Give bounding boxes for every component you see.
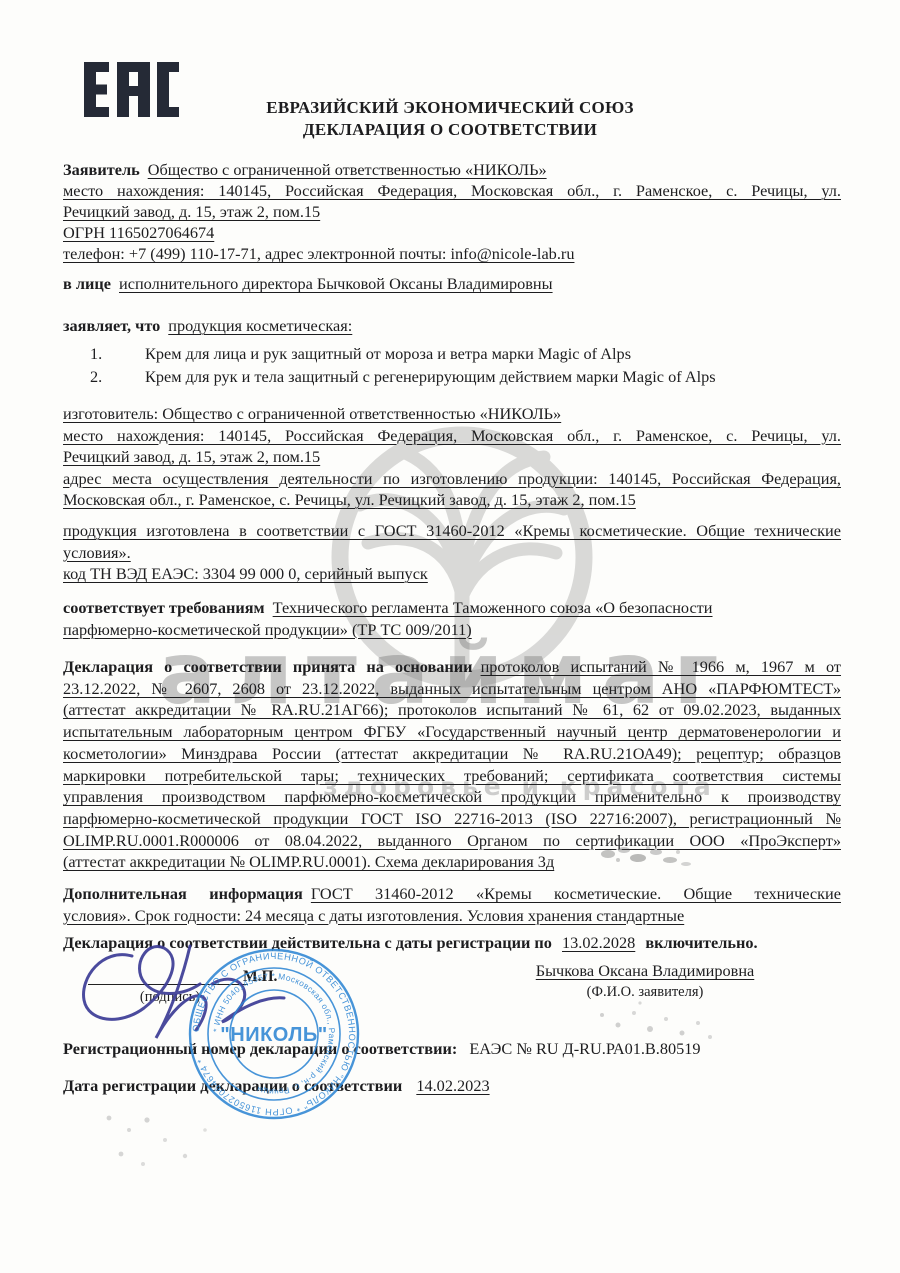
- applicant-address-line1: место нахождения: 140145, Российская Фед…: [63, 180, 841, 201]
- basis-line: косметологии» Минздрава России (аттестат…: [63, 743, 841, 765]
- ink-speckles: [590, 995, 730, 1045]
- standard-line2: условия».: [63, 542, 841, 564]
- registration-date-value: 14.02.2023: [416, 1076, 489, 1095]
- title-line-2: ДЕКЛАРАЦИЯ О СООТВЕТСТВИИ: [0, 119, 900, 141]
- applicant-contacts: телефон: +7 (499) 110-17-71, адрес элект…: [63, 243, 841, 264]
- manufacturer-line4: адрес места осуществления деятельности п…: [63, 468, 841, 490]
- representative-value: исполнительного директора Бычковой Оксан…: [119, 274, 553, 293]
- applicant-address-line2: Речицкий завод, д. 15, этаж 2, пом.15: [63, 201, 841, 222]
- compliance-text1: Технического регламента Таможенного союз…: [273, 598, 713, 617]
- additional-info-label: Дополнительная информация: [63, 884, 303, 903]
- product-text: Крем для лица и рук защитный от мороза и…: [145, 344, 631, 363]
- product-number: 2.: [90, 365, 145, 388]
- applicant-ogrn: ОГРН 1165027064674: [63, 222, 841, 243]
- production-standard-section: продукция изготовлена в соответствии с Г…: [63, 520, 841, 585]
- applicant-section: ЗаявительОбщество с ограниченной ответст…: [63, 159, 841, 264]
- ink-speckles: [95, 1100, 225, 1180]
- declaration-document-page: алтаймаг здоровье и красота ЕВРАЗИЙСКИЙ …: [0, 0, 900, 1273]
- validity-date: 13.02.2028: [562, 933, 635, 952]
- basis-line: 23.12.2022, № 2607, 2608 от 23.12.2022, …: [63, 678, 841, 700]
- basis-section: Декларация о соответствии принята на осн…: [63, 656, 841, 873]
- basis-line: (аттестат аккредитации № RA.RU.21АГ66); …: [63, 699, 841, 721]
- basis-line: Декларация о соответствии принята на осн…: [63, 656, 841, 678]
- validity-suffix: включительно.: [645, 933, 757, 952]
- representative-line: в лицеисполнительного директора Бычковой…: [63, 273, 841, 294]
- additional-info-section: Дополнительная информацияГОСТ 31460-2012…: [63, 883, 841, 926]
- product-text: Крем для рук и тела защитный с регенерир…: [145, 367, 716, 386]
- svg-text:"НИКОЛЬ": "НИКОЛЬ": [220, 1024, 327, 1046]
- manufacturer-section: изготовитель: Общество с ограниченной от…: [63, 403, 841, 511]
- product-item: 2.Крем для рук и тела защитный с регенер…: [63, 365, 841, 388]
- applicant-name-line: ЗаявительОбщество с ограниченной ответст…: [63, 159, 841, 180]
- registration-date-line: Дата регистрации декларации о соответств…: [63, 1075, 841, 1096]
- compliance-line1: соответствует требованиямТехнического ре…: [63, 597, 841, 619]
- basis-line: испытательным лабораторным центром ФГБУ …: [63, 721, 841, 743]
- manufacturer-line1: изготовитель: Общество с ограниченной от…: [63, 403, 841, 425]
- standard-line1: продукция изготовлена в соответствии с Г…: [63, 520, 841, 542]
- product-list: 1.Крем для лица и рук защитный от мороза…: [63, 342, 841, 388]
- compliance-label: соответствует требованиям: [63, 598, 265, 617]
- ink-smudge: [598, 842, 698, 870]
- basis-text: протоколов испытаний № 1966 м, 1967 м от: [481, 657, 841, 676]
- compliance-section: соответствует требованиямТехнического ре…: [63, 597, 841, 640]
- basis-line: управления производством парфюмерно-косм…: [63, 786, 841, 808]
- additional-info-text1: ГОСТ 31460-2012 «Кремы косметические. Об…: [311, 884, 841, 903]
- applicant-fio: Бычкова Оксана Владимировна: [505, 960, 785, 981]
- declares-label: заявляет, что: [63, 316, 160, 335]
- manufacturer-line2: место нахождения: 140145, Российская Фед…: [63, 425, 841, 447]
- basis-line-last: (аттестат аккредитации № OLIMP.RU.0001).…: [63, 851, 841, 873]
- product-item: 1.Крем для лица и рук защитный от мороза…: [63, 342, 841, 365]
- title-line-1: ЕВРАЗИЙСКИЙ ЭКОНОМИЧЕСКИЙ СОЮЗ: [0, 97, 900, 119]
- document-title: ЕВРАЗИЙСКИЙ ЭКОНОМИЧЕСКИЙ СОЮЗ ДЕКЛАРАЦИ…: [0, 97, 900, 141]
- applicant-name: Общество с ограниченной ответственностью…: [148, 160, 547, 179]
- compliance-text2: парфюмерно-косметической продукции» (ТР …: [63, 619, 841, 641]
- product-number: 1.: [90, 342, 145, 365]
- declares-line: заявляет, чтопродукция косметическая:: [63, 315, 841, 336]
- applicant-label: Заявитель: [63, 160, 140, 179]
- additional-info-line1: Дополнительная информацияГОСТ 31460-2012…: [63, 883, 841, 905]
- company-stamp: ОБЩЕСТВО С ОГРАНИЧЕННОЙ ОТВЕТСТВЕННОСТЬЮ…: [186, 946, 362, 1122]
- declares-value: продукция косметическая:: [168, 316, 352, 335]
- manufacturer-line3: Речицкий завод, д. 15, этаж 2, пом.15: [63, 446, 841, 468]
- basis-label: Декларация о соответствии принята на осн…: [63, 657, 473, 676]
- additional-info-text2: условия». Срок годности: 24 месяца с дат…: [63, 905, 841, 927]
- manufacturer-line5: Московская обл., г. Раменское, с. Речицы…: [63, 489, 841, 511]
- basis-line: парфюмерно-косметической продукции ГОСТ …: [63, 808, 841, 830]
- basis-line: OLIMP.RU.0001.R000006 от 08.04.2022, выд…: [63, 830, 841, 852]
- basis-line: маркировки потребительской тары; техниче…: [63, 765, 841, 787]
- tnved-code-line: код ТН ВЭД ЕАЭС: 3304 99 000 0, серийный…: [63, 563, 841, 585]
- representative-label: в лице: [63, 274, 111, 293]
